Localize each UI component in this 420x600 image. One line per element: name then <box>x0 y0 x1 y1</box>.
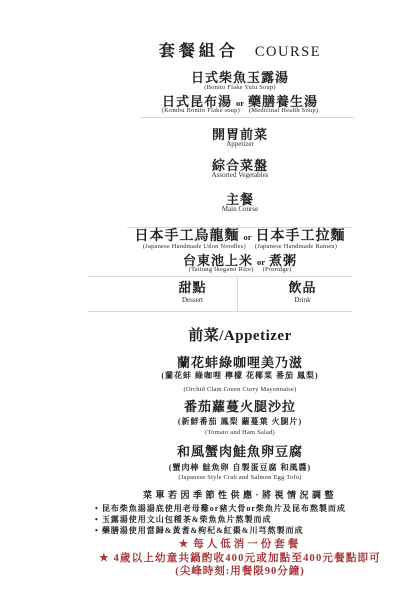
divider-rule <box>127 227 352 228</box>
menu-page: 套餐組合COURSE 日式柴魚玉露湯 (Bonito Flake Yulu So… <box>0 0 420 600</box>
noodle-choice-sub-left: (Japanese Handmade Udon Noodles) <box>143 243 246 250</box>
soup-note-text: 昆布柴魚湯湯底使用老母雞or豬大骨or柴魚片及昆布熬製而成 <box>102 504 346 513</box>
soup-choice-sub-left: (Kombu Bonito Flake soup) <box>162 107 240 114</box>
noodle-choice-subtitle: (Japanese Handmade Udon Noodles)(Japanes… <box>60 244 420 251</box>
course-title-zh: 套餐組合 <box>159 43 239 60</box>
seasonal-note: 菜單若因季節性供應·將視情況調整 <box>60 491 420 500</box>
bullet-icon: • <box>95 526 99 535</box>
appetizer-dish-ingredients: (蘭花蚌 綠咖哩 檸檬 花椰菜 番茄 鳳梨) <box>60 372 420 380</box>
noodle-choice-left: 日本手工烏龍麵 <box>134 229 239 244</box>
drink-label-en: Drink <box>230 297 375 304</box>
course-item-main-en: Main Course <box>60 206 420 213</box>
course-item-appetizer-en: Appetizer <box>60 141 420 148</box>
appetizer-dish-subtitle: (Orchid Clam Green Curry Mayonnaise) <box>60 387 420 394</box>
table-bottom-rule <box>88 311 352 312</box>
noodle-choice-right: 日本手工拉麵 <box>256 229 346 244</box>
time-limit-note: (尖峰時刻:用餐限90分鐘) <box>60 566 420 577</box>
soup-choice-name: 日式昆布湯or藥膳養生湯 <box>60 95 420 109</box>
child-policy-note: ★4歲以上幼童共鍋酌收400元或加點至400元餐點即可 <box>60 553 420 564</box>
soup-note-text: 藥膳湯使用當歸&黃耆&枸杞&紅棗&川芎熬製而成 <box>102 526 304 535</box>
drink-cell: 飲品 Drink <box>230 281 375 304</box>
table-top-rule <box>88 276 352 277</box>
minimum-order-text: 每人低消一份套餐 <box>193 539 301 550</box>
course-section-title: 套餐組合COURSE <box>60 44 420 61</box>
noodle-choice-sub-right: (Japanese Handmade Ramen) <box>255 243 337 250</box>
minimum-order-note: ★每人低消一份套餐 <box>60 539 420 550</box>
rice-choice-subtitle: (Taitung Ikegami Rice)(Porridge) <box>60 267 420 274</box>
star-icon: ★ <box>179 539 188 550</box>
soup-note-item: • 昆布柴魚湯湯底使用老母雞or豬大骨or柴魚片及昆布熬製而成 <box>95 503 385 514</box>
appetizer-dish-name: 蘭花蚌綠咖哩美乃滋 <box>60 356 420 370</box>
appetizer-dish-subtitle: (Japanese Style Crab and Salmon Egg Tofu… <box>60 475 420 482</box>
drink-label: 飲品 <box>230 281 375 295</box>
appetizer-dish-name: 番茄蘿蔓火腿沙拉 <box>60 400 420 414</box>
appetizer-dish-ingredients: (新鮮番茄 鳳梨 蘿蔓葉 火腿片) <box>60 418 420 426</box>
soup-notes-list: • 昆布柴魚湯湯底使用老母雞or豬大骨or柴魚片及昆布熬製而成 • 玉露湯使用文… <box>95 503 385 536</box>
soup-yulu-name: 日式柴魚玉露湯 <box>60 71 420 85</box>
star-icon: ★ <box>99 553 108 564</box>
course-item-vegetables-en: Assorted Vegetables <box>60 172 420 179</box>
child-policy-text: 4歲以上幼童共鍋酌收400元或加點至400元餐點即可 <box>113 553 380 564</box>
course-title-en: COURSE <box>255 44 321 60</box>
soup-note-item: • 玉露湯使用文山包種茶&柴魚魚片熬製而成 <box>95 514 385 525</box>
appetizer-dish-subtitle: (Tomato and Ham Salad) <box>60 430 420 437</box>
bullet-icon: • <box>95 515 99 524</box>
appetizer-dish-ingredients: (蟹肉棒 鮭魚卵 自製蛋豆腐 和風醬) <box>60 464 420 472</box>
rice-choice-sub-left: (Taitung Ikegami Rice) <box>189 266 254 273</box>
soup-yulu-subtitle: (Bonito Flake Yulu Soup) <box>60 85 420 92</box>
soup-note-text: 玉露湯使用文山包種茶&柴魚魚片熬製而成 <box>102 515 272 524</box>
divider-rule <box>140 117 354 118</box>
or-label: or <box>243 232 251 242</box>
appetizer-dish-name: 和風蟹肉鮭魚卵豆腐 <box>60 445 420 459</box>
soup-choice-sub-right: (Medicinal Health Soup) <box>249 107 318 114</box>
appetizer-section-heading: 前菜/Appetizer <box>60 329 420 345</box>
rice-choice-sub-right: (Porridge) <box>263 266 292 273</box>
soup-note-item: • 藥膳湯使用當歸&黃耆&枸杞&紅棗&川芎熬製而成 <box>95 525 385 536</box>
soup-choice-subtitle: (Kombu Bonito Flake soup)(Medicinal Heal… <box>60 108 420 115</box>
bullet-icon: • <box>95 504 99 513</box>
